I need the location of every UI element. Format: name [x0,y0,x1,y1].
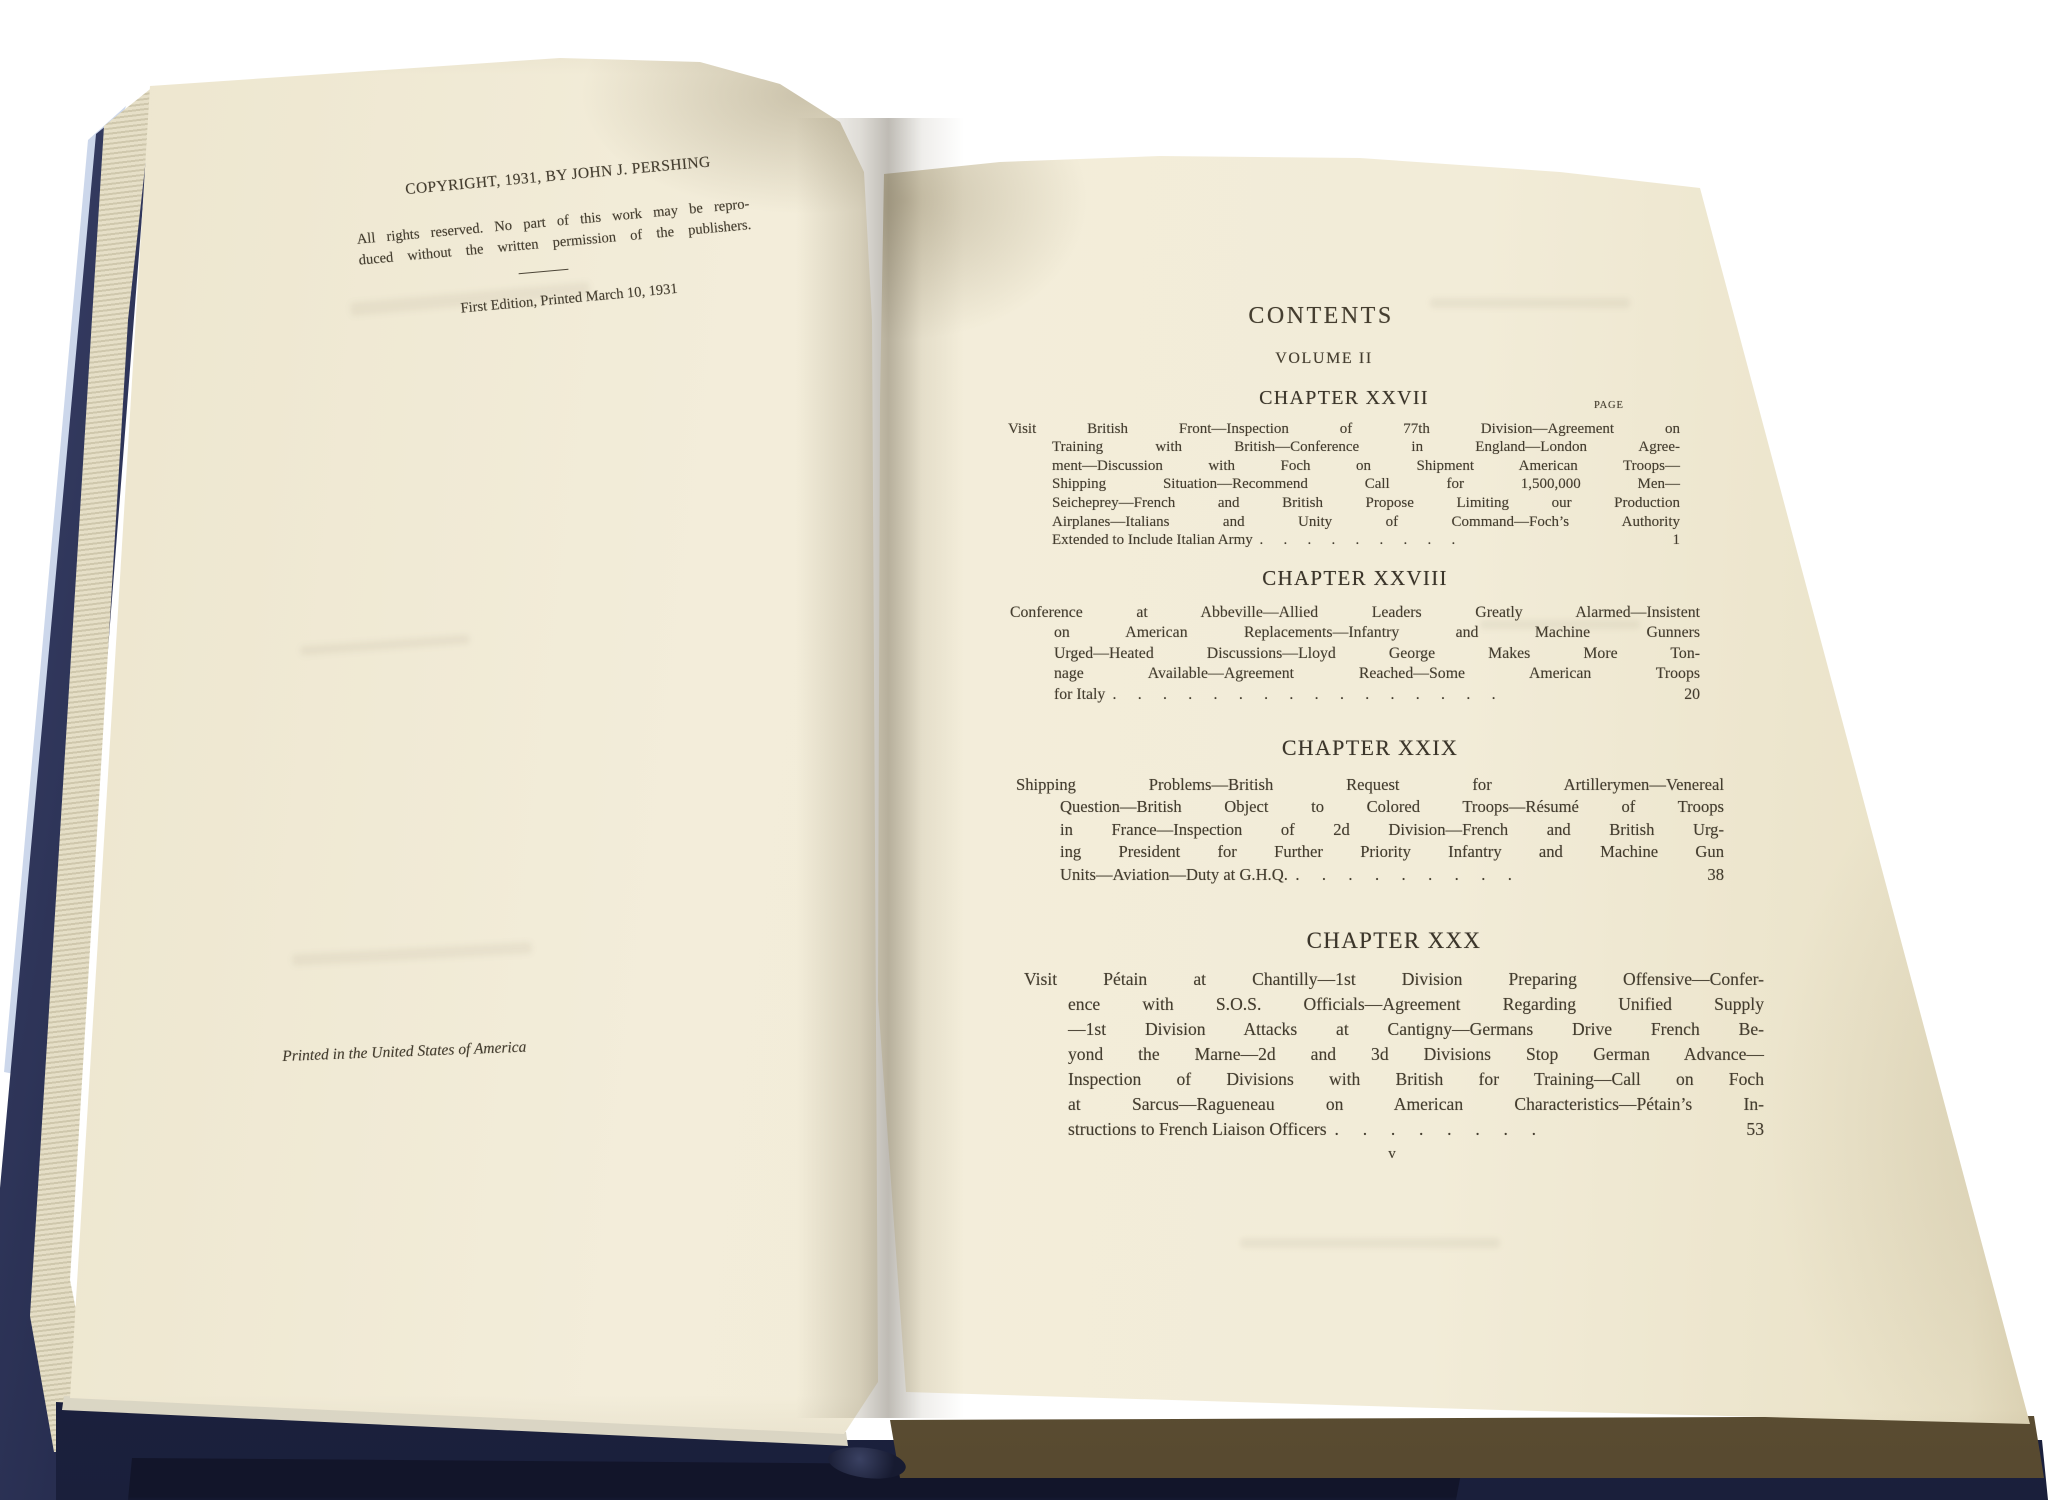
bleed-through-smudge [300,634,470,656]
chapter-heading: CHAPTER XXVII [1008,389,1680,408]
printed-in-usa-line: Printed in the United States of America [282,1035,622,1066]
edition-line: First Edition, Printed March 10, 1931 [363,272,775,326]
toc-line: Visit British Front—Inspection of 77th D… [1008,420,1680,439]
volume-subtitle: VOLUME II [988,350,1660,368]
page-number: 53 [1746,1117,1764,1142]
toc-entry-chapter-27: CHAPTER XXVII Visit British Front—Inspec… [1008,389,1680,550]
toc-entry-chapter-28: CHAPTER XXVIII Conference at Abbeville—A… [1010,568,1700,706]
chapter-heading: CHAPTER XXX [1024,928,1764,953]
toc-line: Visit Pétain at Chantilly—1st Division P… [1024,967,1764,992]
toc-last-text: structions to French Liaison Officers [1068,1117,1327,1142]
toc-last-text: for Italy [1054,685,1105,706]
toc-line: on American Replacements—Infantry and Ma… [1010,623,1700,644]
toc-line-last: Units—Aviation—Duty at G.H.Q. . . . . . … [1016,864,1724,887]
divider-rule [519,269,569,275]
toc-line: yond the Marne—2d and 3d Divisions Stop … [1024,1042,1764,1067]
toc-line: Question—British Object to Colored Troop… [1016,796,1724,819]
copyright-block: COPYRIGHT, 1931, BY JOHN J. PERSHING All… [352,149,775,327]
toc-line: ence with S.O.S. Officials—Agreement Reg… [1024,992,1764,1017]
toc-line: at Sarcus—Ragueneau on American Characte… [1024,1092,1764,1117]
toc-entry-chapter-30: CHAPTER XXX Visit Pétain at Chantilly—1s… [1024,928,1764,1142]
bleed-through-smudge [292,942,532,967]
toc-line-last: for Italy . . . . . . . . . . . . . . . … [1010,685,1700,706]
toc-line: in France—Inspection of 2d Division—Fren… [1016,819,1724,842]
dot-leader: . . . . . . . . . [1253,531,1673,550]
toc-line: Training with British—Conference in Engl… [1008,438,1680,457]
page-number: 1 [1673,531,1681,550]
chapter-heading: CHAPTER XXVIII [1010,568,1700,589]
open-book-photo: COPYRIGHT, 1931, BY JOHN J. PERSHING All… [0,0,2048,1500]
toc-line-last: structions to French Liaison Officers . … [1024,1117,1764,1142]
toc-line: Seicheprey—French and British Propose Li… [1008,494,1680,513]
toc-last-text: Extended to Include Italian Army [1052,531,1253,550]
rights-statement: All rights reserved. No part of this wor… [356,194,752,272]
toc-line: ing President for Further Priority Infan… [1016,841,1724,864]
toc-line: Conference at Abbeville—Allied Leaders G… [1010,603,1700,624]
toc-line: ment—Discussion with Foch on Shipment Am… [1008,457,1680,476]
page-number: 20 [1684,685,1700,706]
copyright-line: COPYRIGHT, 1931, BY JOHN J. PERSHING [352,149,764,204]
contents-title: CONTENTS [985,303,1657,330]
dot-leader: . . . . . . . . . [1288,864,1708,887]
toc-entry-chapter-29: CHAPTER XXIX Shipping Problems—British R… [1016,737,1724,887]
toc-line: Shipping Problems—British Request for Ar… [1016,774,1724,797]
toc-line: nage Available—Agreement Reached—Some Am… [1010,664,1700,685]
toc-line-last: Extended to Include Italian Army . . . .… [1008,531,1680,550]
toc-last-text: Units—Aviation—Duty at G.H.Q. [1060,864,1288,887]
toc-line: Shipping Situation—Recommend Call for 1,… [1008,475,1680,494]
toc-line: Airplanes—Italians and Unity of Command—… [1008,513,1680,532]
toc-line: Inspection of Divisions with British for… [1024,1067,1764,1092]
toc-line: —1st Division Attacks at Cantigny—German… [1024,1017,1764,1042]
folio-page-number: v [1056,1146,1728,1163]
bleed-through-smudge [1240,1238,1500,1248]
page-number: 38 [1707,864,1724,887]
dot-leader: . . . . . . . . . . . . . . . . [1105,685,1684,706]
dot-leader: . . . . . . . . [1327,1117,1747,1142]
chapter-heading: CHAPTER XXIX [1016,737,1724,760]
toc-line: Urged—Heated Discussions—Lloyd George Ma… [1010,644,1700,665]
